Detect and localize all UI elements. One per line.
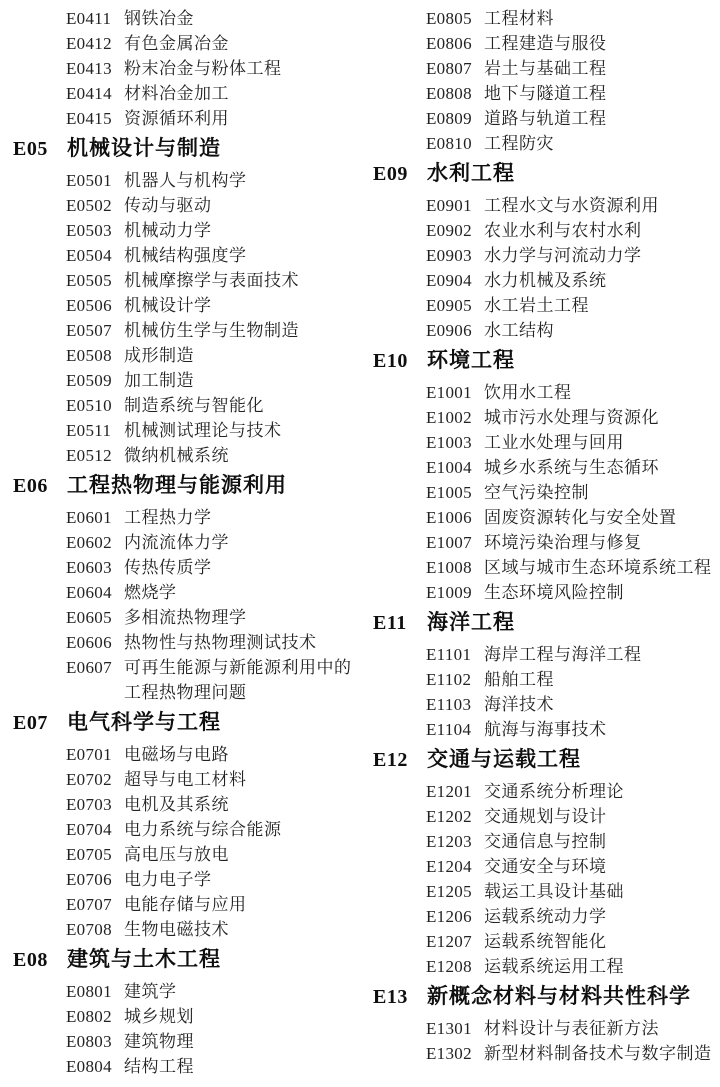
section-title: 海洋工程 bbox=[427, 611, 515, 634]
right-column: E0805工程材料 E0806工程建造与服役 E0807岩土与基础工程 E080… bbox=[360, 6, 720, 1079]
subject-name: 机械设计学 bbox=[124, 293, 212, 318]
subject-name: 饮用水工程 bbox=[484, 380, 572, 405]
subject-item: E0510制造系统与智能化 bbox=[0, 393, 360, 418]
subject-name: 运载系统运用工程 bbox=[484, 954, 624, 979]
section-title: 环境工程 bbox=[427, 349, 515, 372]
subject-item: E0810工程防灾 bbox=[360, 131, 720, 156]
subject-item: E0703电机及其系统 bbox=[0, 792, 360, 817]
subject-name: 高电压与放电 bbox=[124, 842, 229, 867]
subject-item: E0606热物性与热物理测试技术 bbox=[0, 630, 360, 655]
subject-code: E0505 bbox=[66, 268, 124, 293]
subject-item: E0905水工岩土工程 bbox=[360, 293, 720, 318]
subject-item: E0505机械摩擦学与表面技术 bbox=[0, 268, 360, 293]
subject-code: E0707 bbox=[66, 892, 124, 917]
subject-code: E0604 bbox=[66, 580, 124, 605]
section-header: E05机械设计与制造 bbox=[0, 136, 360, 164]
subject-item: E1206运载系统动力学 bbox=[360, 904, 720, 929]
subject-name: 生物电磁技术 bbox=[124, 917, 229, 942]
section-code: E12 bbox=[373, 747, 427, 773]
subject-code: E0801 bbox=[66, 979, 124, 1004]
subject-name: 交通规划与设计 bbox=[484, 804, 607, 829]
subject-code: E0415 bbox=[66, 106, 124, 131]
subject-code: E1203 bbox=[426, 829, 484, 854]
subject-item: E1104航海与海事技术 bbox=[360, 717, 720, 742]
subject-code: E0706 bbox=[66, 867, 124, 892]
subject-name: 城乡水系统与生态循环 bbox=[484, 455, 659, 480]
subject-item: E1103海洋技术 bbox=[360, 692, 720, 717]
subject-name: 机械摩擦学与表面技术 bbox=[124, 268, 299, 293]
subject-name: 微纳机械系统 bbox=[124, 443, 229, 468]
subject-item: E1008区域与城市生态环境系统工程 bbox=[360, 555, 720, 580]
subject-name: 工业水处理与回用 bbox=[484, 430, 624, 455]
subject-name: 机械动力学 bbox=[124, 218, 212, 243]
subject-name: 水工结构 bbox=[484, 318, 554, 343]
subject-code: E0902 bbox=[426, 218, 484, 243]
subject-name: 机械测试理论与技术 bbox=[124, 418, 282, 443]
subject-code: E0607 bbox=[66, 655, 124, 680]
section-title: 建筑与土木工程 bbox=[67, 948, 221, 971]
subject-item: E1205载运工具设计基础 bbox=[360, 879, 720, 904]
subject-name: 工程建造与服役 bbox=[484, 31, 607, 56]
subject-code: E0809 bbox=[426, 106, 484, 131]
subject-code: E0602 bbox=[66, 530, 124, 555]
subject-name: 地下与隧道工程 bbox=[484, 81, 607, 106]
section-header: E11海洋工程 bbox=[360, 610, 720, 638]
subject-code: E0901 bbox=[426, 193, 484, 218]
subject-item: E0512微纳机械系统 bbox=[0, 443, 360, 468]
subject-item: E0804结构工程 bbox=[0, 1054, 360, 1079]
subject-name: 新型材料制备技术与数字制造 bbox=[484, 1041, 712, 1066]
subject-name: 工程防灾 bbox=[484, 131, 554, 156]
subject-name: 成形制造 bbox=[124, 343, 194, 368]
subject-item: E0906水工结构 bbox=[360, 318, 720, 343]
subject-item: E0806工程建造与服役 bbox=[360, 31, 720, 56]
subject-item: E0706电力电子学 bbox=[0, 867, 360, 892]
subject-name: 可再生能源与新能源利用中的工程热物理问题 bbox=[124, 655, 360, 705]
subject-item: E0603传热传质学 bbox=[0, 555, 360, 580]
subject-code: E0411 bbox=[66, 6, 124, 31]
section-header: E08建筑与土木工程 bbox=[0, 947, 360, 975]
subject-code: E0507 bbox=[66, 318, 124, 343]
subject-name: 粉末冶金与粉体工程 bbox=[124, 56, 282, 81]
subject-item: E0604燃烧学 bbox=[0, 580, 360, 605]
subject-code: E1302 bbox=[426, 1041, 484, 1066]
subject-code: E1006 bbox=[426, 505, 484, 530]
subject-code: E1207 bbox=[426, 929, 484, 954]
subject-name: 道路与轨道工程 bbox=[484, 106, 607, 131]
subject-code: E1102 bbox=[426, 667, 484, 692]
subject-item: E0809道路与轨道工程 bbox=[360, 106, 720, 131]
subject-item: E0511机械测试理论与技术 bbox=[0, 418, 360, 443]
subject-item: E0414材料冶金加工 bbox=[0, 81, 360, 106]
subject-code: E1005 bbox=[426, 480, 484, 505]
subject-code: E1009 bbox=[426, 580, 484, 605]
subject-name: 多相流热物理学 bbox=[124, 605, 247, 630]
subject-item: E0503机械动力学 bbox=[0, 218, 360, 243]
subject-item: E0901工程水文与水资源利用 bbox=[360, 193, 720, 218]
subject-item: E0802城乡规划 bbox=[0, 1004, 360, 1029]
subject-item: E1006固废资源转化与安全处置 bbox=[360, 505, 720, 530]
subject-name: 交通信息与控制 bbox=[484, 829, 607, 854]
subject-item: E1201交通系统分析理论 bbox=[360, 779, 720, 804]
subject-code: E0804 bbox=[66, 1054, 124, 1079]
subject-name: 工程热力学 bbox=[124, 505, 212, 530]
subject-code: E0807 bbox=[426, 56, 484, 81]
section-code: E07 bbox=[13, 710, 67, 736]
subject-code: E0504 bbox=[66, 243, 124, 268]
subject-item: E0801建筑学 bbox=[0, 979, 360, 1004]
subject-name: 农业水利与农村水利 bbox=[484, 218, 642, 243]
subject-item: E0506机械设计学 bbox=[0, 293, 360, 318]
subject-code: E1002 bbox=[426, 405, 484, 430]
subject-code: E0803 bbox=[66, 1029, 124, 1054]
section-header: E09水利工程 bbox=[360, 161, 720, 189]
subject-code: E0508 bbox=[66, 343, 124, 368]
subject-name: 生态环境风险控制 bbox=[484, 580, 624, 605]
subject-code: E0802 bbox=[66, 1004, 124, 1029]
subject-code: E1208 bbox=[426, 954, 484, 979]
subject-name: 传动与驱动 bbox=[124, 193, 212, 218]
subject-item: E0707电能存储与应用 bbox=[0, 892, 360, 917]
subject-code: E0906 bbox=[426, 318, 484, 343]
subject-name: 机械结构强度学 bbox=[124, 243, 247, 268]
subject-item: E0903水力学与河流动力学 bbox=[360, 243, 720, 268]
subject-item: E0508成形制造 bbox=[0, 343, 360, 368]
subject-name: 运载系统智能化 bbox=[484, 929, 607, 954]
subject-name: 有色金属冶金 bbox=[124, 31, 229, 56]
subject-code: E0703 bbox=[66, 792, 124, 817]
subject-code: E0412 bbox=[66, 31, 124, 56]
subject-name: 电力系统与综合能源 bbox=[124, 817, 282, 842]
subject-code: E0413 bbox=[66, 56, 124, 81]
subject-code: E1104 bbox=[426, 717, 484, 742]
section-code: E09 bbox=[373, 161, 427, 187]
section-title: 工程热物理与能源利用 bbox=[67, 474, 287, 497]
section-code: E11 bbox=[373, 610, 427, 636]
subject-name: 水力机械及系统 bbox=[484, 268, 607, 293]
subject-code: E0904 bbox=[426, 268, 484, 293]
subject-item: E0902农业水利与农村水利 bbox=[360, 218, 720, 243]
subject-name: 资源循环利用 bbox=[124, 106, 229, 131]
subject-code: E0905 bbox=[426, 293, 484, 318]
section-code: E13 bbox=[373, 984, 427, 1010]
subject-item: E0412有色金属冶金 bbox=[0, 31, 360, 56]
subject-item: E0805工程材料 bbox=[360, 6, 720, 31]
subject-item: E0607可再生能源与新能源利用中的工程热物理问题 bbox=[0, 655, 360, 705]
section-title: 交通与运载工程 bbox=[427, 748, 581, 771]
subject-code: E1204 bbox=[426, 854, 484, 879]
left-column: E0411钢铁冶金 E0412有色金属冶金 E0413粉末冶金与粉体工程 E04… bbox=[0, 6, 360, 1079]
subject-name: 运载系统动力学 bbox=[484, 904, 607, 929]
subject-item: E0904水力机械及系统 bbox=[360, 268, 720, 293]
subject-name: 机械仿生学与生物制造 bbox=[124, 318, 299, 343]
section-title: 新概念材料与材料共性科学 bbox=[427, 985, 691, 1008]
section-code: E05 bbox=[13, 136, 67, 162]
subject-name: 水工岩土工程 bbox=[484, 293, 589, 318]
section-title: 水利工程 bbox=[427, 162, 515, 185]
subject-name: 建筑物理 bbox=[124, 1029, 194, 1054]
subject-item: E0413粉末冶金与粉体工程 bbox=[0, 56, 360, 81]
subject-item: E1101海岸工程与海洋工程 bbox=[360, 642, 720, 667]
subject-name: 船舶工程 bbox=[484, 667, 554, 692]
subject-code: E1004 bbox=[426, 455, 484, 480]
subject-name: 热物性与热物理测试技术 bbox=[124, 630, 317, 655]
subject-name: 交通安全与环境 bbox=[484, 854, 607, 879]
subject-item: E0507机械仿生学与生物制造 bbox=[0, 318, 360, 343]
subject-name: 钢铁冶金 bbox=[124, 6, 194, 31]
subject-code: E0510 bbox=[66, 393, 124, 418]
subject-name: 制造系统与智能化 bbox=[124, 393, 264, 418]
subject-code: E0606 bbox=[66, 630, 124, 655]
subject-code: E1202 bbox=[426, 804, 484, 829]
subject-name: 超导与电工材料 bbox=[124, 767, 247, 792]
subject-name: 城市污水处理与资源化 bbox=[484, 405, 659, 430]
subject-item: E0415资源循环利用 bbox=[0, 106, 360, 131]
subject-name: 加工制造 bbox=[124, 368, 194, 393]
subject-name: 电力电子学 bbox=[124, 867, 212, 892]
subject-name: 传热传质学 bbox=[124, 555, 212, 580]
section-header: E06工程热物理与能源利用 bbox=[0, 473, 360, 501]
subject-item: E0803建筑物理 bbox=[0, 1029, 360, 1054]
subject-code: E0512 bbox=[66, 443, 124, 468]
subject-name: 燃烧学 bbox=[124, 580, 177, 605]
section-header: E07电气科学与工程 bbox=[0, 710, 360, 738]
subject-item: E1102船舶工程 bbox=[360, 667, 720, 692]
subject-name: 固废资源转化与安全处置 bbox=[484, 505, 677, 530]
subject-item: E1005空气污染控制 bbox=[360, 480, 720, 505]
subject-code: E0805 bbox=[426, 6, 484, 31]
subject-name: 海洋技术 bbox=[484, 692, 554, 717]
subject-name: 区域与城市生态环境系统工程 bbox=[484, 555, 712, 580]
subject-name: 海岸工程与海洋工程 bbox=[484, 642, 642, 667]
subject-item: E1204交通安全与环境 bbox=[360, 854, 720, 879]
section-title: 电气科学与工程 bbox=[67, 711, 221, 734]
subject-item: E1004城乡水系统与生态循环 bbox=[360, 455, 720, 480]
subject-code: E1003 bbox=[426, 430, 484, 455]
subject-item: E0708生物电磁技术 bbox=[0, 917, 360, 942]
subject-code: E0603 bbox=[66, 555, 124, 580]
section-code: E08 bbox=[13, 947, 67, 973]
subject-code: E0601 bbox=[66, 505, 124, 530]
subject-name: 环境污染治理与修复 bbox=[484, 530, 642, 555]
subject-code: E1103 bbox=[426, 692, 484, 717]
subject-item: E1202交通规划与设计 bbox=[360, 804, 720, 829]
subject-item: E0807岩土与基础工程 bbox=[360, 56, 720, 81]
subject-item: E0808地下与隧道工程 bbox=[360, 81, 720, 106]
subject-name: 航海与海事技术 bbox=[484, 717, 607, 742]
subject-code: E0704 bbox=[66, 817, 124, 842]
subject-name: 空气污染控制 bbox=[484, 480, 589, 505]
subject-name: 载运工具设计基础 bbox=[484, 879, 624, 904]
subject-item: E0601工程热力学 bbox=[0, 505, 360, 530]
subject-code: E0503 bbox=[66, 218, 124, 243]
section-header: E13新概念材料与材料共性科学 bbox=[360, 984, 720, 1012]
section-code: E10 bbox=[373, 348, 427, 374]
subject-code: E0705 bbox=[66, 842, 124, 867]
subject-item: E0704电力系统与综合能源 bbox=[0, 817, 360, 842]
subject-code: E0806 bbox=[426, 31, 484, 56]
subject-name: 电磁场与电路 bbox=[124, 742, 229, 767]
subject-code: E0808 bbox=[426, 81, 484, 106]
subject-item: E0504机械结构强度学 bbox=[0, 243, 360, 268]
subject-name: 建筑学 bbox=[124, 979, 177, 1004]
section-header: E12交通与运载工程 bbox=[360, 747, 720, 775]
subject-name: 电机及其系统 bbox=[124, 792, 229, 817]
subject-code: E1008 bbox=[426, 555, 484, 580]
subject-name: 岩土与基础工程 bbox=[484, 56, 607, 81]
subject-item: E1002城市污水处理与资源化 bbox=[360, 405, 720, 430]
subject-name: 工程材料 bbox=[484, 6, 554, 31]
subject-item: E1208运载系统运用工程 bbox=[360, 954, 720, 979]
section-title: 机械设计与制造 bbox=[67, 137, 221, 160]
subject-item: E1302新型材料制备技术与数字制造 bbox=[360, 1041, 720, 1066]
document-page: E0411钢铁冶金 E0412有色金属冶金 E0413粉末冶金与粉体工程 E04… bbox=[0, 0, 720, 1079]
subject-code: E0506 bbox=[66, 293, 124, 318]
subject-name: 城乡规划 bbox=[124, 1004, 194, 1029]
subject-item: E0509加工制造 bbox=[0, 368, 360, 393]
subject-item: E1301材料设计与表征新方法 bbox=[360, 1016, 720, 1041]
subject-item: E0501机器人与机构学 bbox=[0, 168, 360, 193]
subject-code: E0701 bbox=[66, 742, 124, 767]
subject-name: 材料冶金加工 bbox=[124, 81, 229, 106]
subject-code: E1101 bbox=[426, 642, 484, 667]
subject-code: E0502 bbox=[66, 193, 124, 218]
subject-name: 水力学与河流动力学 bbox=[484, 243, 642, 268]
section-header: E10环境工程 bbox=[360, 348, 720, 376]
subject-item: E1203交通信息与控制 bbox=[360, 829, 720, 854]
subject-code: E1205 bbox=[426, 879, 484, 904]
subject-item: E0411钢铁冶金 bbox=[0, 6, 360, 31]
subject-item: E0702超导与电工材料 bbox=[0, 767, 360, 792]
subject-item: E0605多相流热物理学 bbox=[0, 605, 360, 630]
subject-code: E0702 bbox=[66, 767, 124, 792]
subject-name: 机器人与机构学 bbox=[124, 168, 247, 193]
subject-code: E1301 bbox=[426, 1016, 484, 1041]
subject-name: 结构工程 bbox=[124, 1054, 194, 1079]
subject-code: E0605 bbox=[66, 605, 124, 630]
subject-item: E0705高电压与放电 bbox=[0, 842, 360, 867]
subject-name: 电能存储与应用 bbox=[124, 892, 247, 917]
subject-name: 交通系统分析理论 bbox=[484, 779, 624, 804]
subject-code: E0511 bbox=[66, 418, 124, 443]
subject-item: E1001饮用水工程 bbox=[360, 380, 720, 405]
subject-item: E0602内流流体力学 bbox=[0, 530, 360, 555]
subject-item: E0502传动与驱动 bbox=[0, 193, 360, 218]
subject-name: 内流流体力学 bbox=[124, 530, 229, 555]
subject-code: E1001 bbox=[426, 380, 484, 405]
subject-item: E1207运载系统智能化 bbox=[360, 929, 720, 954]
subject-code: E1201 bbox=[426, 779, 484, 804]
subject-item: E0701电磁场与电路 bbox=[0, 742, 360, 767]
subject-code: E0501 bbox=[66, 168, 124, 193]
subject-item: E1009生态环境风险控制 bbox=[360, 580, 720, 605]
section-code: E06 bbox=[13, 473, 67, 499]
subject-code: E0708 bbox=[66, 917, 124, 942]
subject-code: E1007 bbox=[426, 530, 484, 555]
subject-code: E0509 bbox=[66, 368, 124, 393]
subject-item: E1003工业水处理与回用 bbox=[360, 430, 720, 455]
subject-code: E0903 bbox=[426, 243, 484, 268]
subject-code: E1206 bbox=[426, 904, 484, 929]
subject-name: 材料设计与表征新方法 bbox=[484, 1016, 659, 1041]
subject-code: E0414 bbox=[66, 81, 124, 106]
subject-item: E1007环境污染治理与修复 bbox=[360, 530, 720, 555]
subject-name: 工程水文与水资源利用 bbox=[484, 193, 659, 218]
subject-code: E0810 bbox=[426, 131, 484, 156]
